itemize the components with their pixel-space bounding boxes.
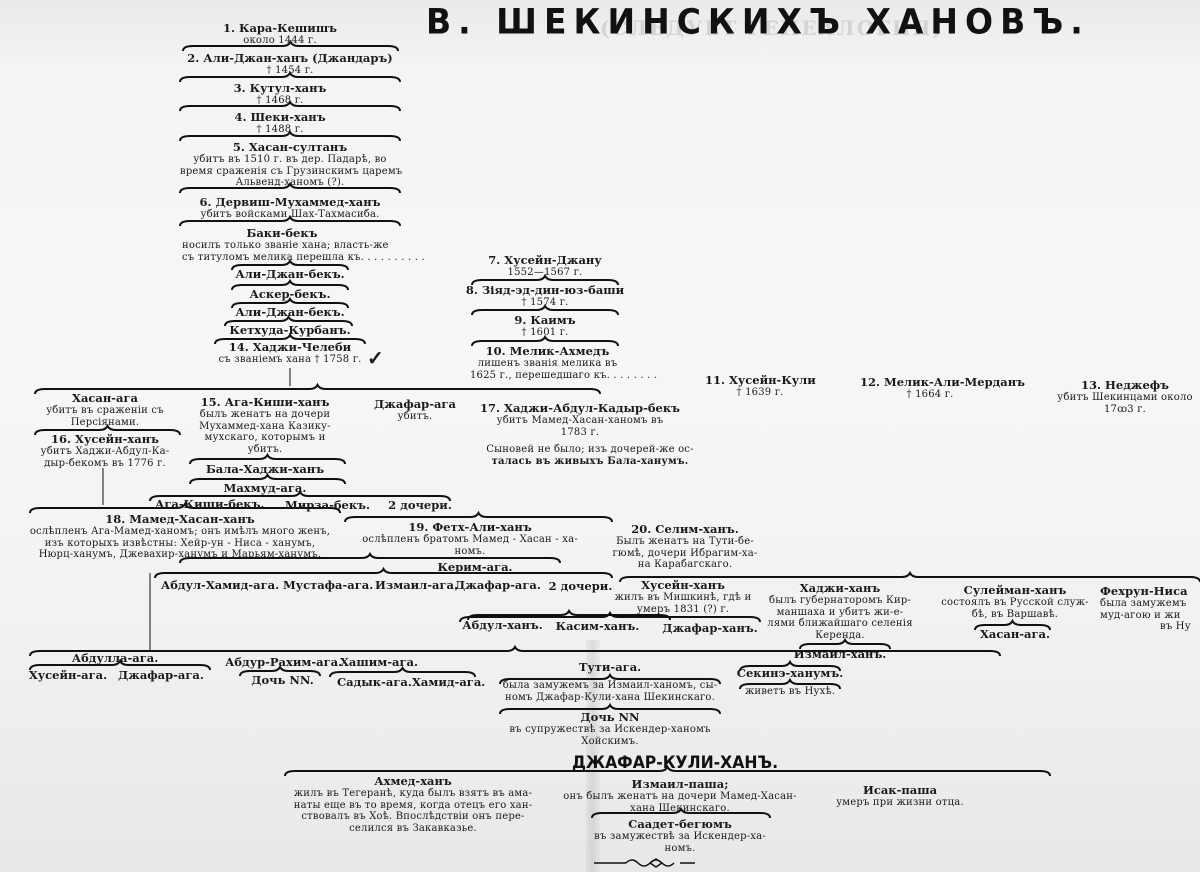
node-abdul-hamid-aga: Абдул-Хамид-ага.	[160, 579, 280, 592]
node-daughter-nn-2: Дочь NNвъ супружествѣ за Искендер-ханомъ…	[495, 711, 725, 747]
node-kara-keshish: 1. Кара-Кешишъоколо 1444 г.	[205, 22, 355, 47]
node-nejef: 13. Неджефъубитъ Шекинцами около17ꝏ3 г.	[1050, 379, 1200, 415]
node-jafar-khan: Джафар-ханъ.	[660, 622, 760, 635]
node-ismail-pasha: Измаил-паша;онъ былъ женатъ на дочери Ма…	[550, 778, 810, 814]
node-kaim: 9. Каимъ† 1601 г.	[470, 314, 620, 339]
node-jafar-aga-2: Джафар-ага.	[455, 579, 540, 592]
node-akhmed-khan: Ахмед-ханъжилъ въ Тегеранѣ, куда былъ вз…	[278, 775, 548, 834]
node-hasan-aga-2: Хасан-ага.	[970, 628, 1060, 641]
node-ali-jan-bek-1: Али-Джан-бекъ.	[230, 268, 350, 281]
node-daughter-nn-1: Дочь NN.	[250, 674, 315, 687]
node-hamid-aga: Хамид-ага.	[412, 676, 482, 689]
node-kerim-aga: Керим-ага.	[420, 561, 530, 574]
node-ali-jan-bek-2: Али-Джан-бекъ.	[230, 306, 350, 319]
check-mark-icon: ✓	[367, 346, 384, 370]
node-aga-kishi-khan: 15. Ага-Киши-ханъбылъ женатъ на дочериМу…	[190, 396, 340, 455]
node-melik-ali-merdan: 12. Мелик-Али-Мерданъ† 1664 г.	[860, 376, 1000, 401]
node-abdul-khan: Абдул-ханъ.	[460, 619, 545, 632]
heading-jafar-kuli-khan: ДЖАФАР-КУЛИ-ХАНЪ.	[572, 753, 778, 773]
node-sadyk-aga: Садык-ага.	[337, 676, 405, 689]
node-huseyn-aga: Хусейн-ага.	[28, 669, 108, 682]
node-kasim-khan: Касим-ханъ.	[555, 620, 640, 633]
node-mamed-hasan-khan: 18. Мамед-Хасан-ханъослѣпленъ Ага-Мамед-…	[25, 513, 335, 561]
node-two-daughters-2: 2 дочери.	[548, 580, 613, 593]
node-fekhrun-nisa: Фехрун-Нисабыла замужемъмуд-агою и живъ …	[1100, 585, 1200, 633]
node-sheki-khan: 4. Шеки-ханъ† 1488 г.	[205, 111, 355, 136]
node-ismail-aga: Измаил-ага.	[375, 579, 450, 592]
node-isak-pasha: Исак-пашаумеръ при жизни отца.	[825, 784, 975, 809]
node-haji-chelebi: 14. Хаджи-Челебисъ званіемъ хана † 1758 …	[210, 341, 370, 366]
node-jafar-aga-killed: Джафар-агаубитъ.	[370, 398, 460, 423]
node-hashim-aga: Хашим-ага.	[340, 656, 415, 669]
node-bala-haji-khan: Бала-Хаджи-ханъ	[195, 463, 335, 476]
node-asker-bek: Аскер-бекъ.	[230, 288, 350, 301]
node-abdur-rakhim-aga: Абдур-Рахим-ага.	[225, 656, 335, 669]
node-no-sons-note: Сыновей не было; изъ дочерей-же ос-талас…	[485, 444, 695, 467]
node-selim-khan: 20. Селим-ханъ.Былъ женатъ на Тути-бе-гю…	[610, 523, 760, 571]
node-dervish-mukhammed-khan: 6. Дервиш-Мухаммед-ханъубитъ войсками Ша…	[180, 196, 400, 221]
node-huseyn-khan-16: 16. Хусейн-ханъубитъ Хаджи-Абдул-Ка-дыр-…	[30, 433, 180, 469]
node-haji-abdul-kadyr-bek: 17. Хаджи-Абдул-Кадыр-бекъубитъ Мамед-Ха…	[480, 402, 680, 438]
node-tuti-aga: Тути-ага. была замужемъ за Измаил-ханомъ…	[495, 661, 725, 703]
node-jafar-aga-3: Джафар-ага.	[118, 669, 203, 682]
node-huseyn-kuli: 11. Хусейн-Кули† 1639 г.	[705, 374, 815, 399]
node-haji-khan: Хаджи-ханъбылъ губернаторомъ Кир-маншаха…	[765, 582, 915, 641]
node-huseyn-khan-mishkin: Хусейн-ханъжилъ въ Мишкинѣ, гдѣ иумеръ 1…	[608, 579, 758, 615]
node-two-daughters-1: 2 дочери.	[385, 499, 455, 512]
node-makhmud-aga: Махмуд-ага.	[210, 482, 320, 495]
node-ismail-khan: Измаил-ханъ.	[790, 648, 890, 661]
node-kutul-khan: 3. Кутул-ханъ† 1468 г.	[205, 82, 355, 107]
node-abdulla-aga: Абдулла-ага.	[65, 652, 165, 665]
node-hasan-aga: Хасан-агаубитъ въ сраженіи съПерсіянами.	[30, 392, 180, 428]
node-fetkh-ali-khan: 19. Фетх-Али-ханъослѣпленъ братомъ Мамед…	[355, 521, 585, 557]
node-sekine-khanum: Секинэ-ханумъ.живетъ въ Нухѣ.	[735, 667, 845, 698]
node-ali-jan-khan: 2. Али-Джан-ханъ (Джандаръ)† 1454 г.	[185, 52, 395, 77]
node-huseyn-janu: 7. Хусейн-Джану1552—1567 г.	[470, 254, 620, 279]
node-ziyad-ed-din: 8. Зіяд-эд-дин-юз-баши† 1574 г.	[465, 284, 625, 309]
node-ketkhuda-kurban: Кетхуда-Курбанъ.	[225, 324, 355, 337]
node-mirza-bek: Мирза-бекъ.	[285, 499, 365, 512]
node-aga-kishi-bek: Ага-Киши-бекъ.	[155, 498, 255, 511]
node-mustafa-aga: Мустафа-ага.	[283, 579, 368, 592]
node-hasan-sultan: 5. Хасан-султанъ убитъ въ 1510 г. въ дер…	[180, 141, 400, 189]
node-baki-bek: Баки-бекъ носилъ только званіе хана; вла…	[182, 227, 442, 263]
node-saadet-begum: Саадет-бегюмъвъ замужествѣ за Искендер-х…	[585, 818, 775, 854]
node-melik-akhmed: 10. Мелик-Ахмедъ лишенъ званія мелика въ…	[470, 345, 700, 381]
node-suleyman-khan: Сулейман-ханъсостоялъ въ Русской служ-бѣ…	[935, 584, 1095, 620]
